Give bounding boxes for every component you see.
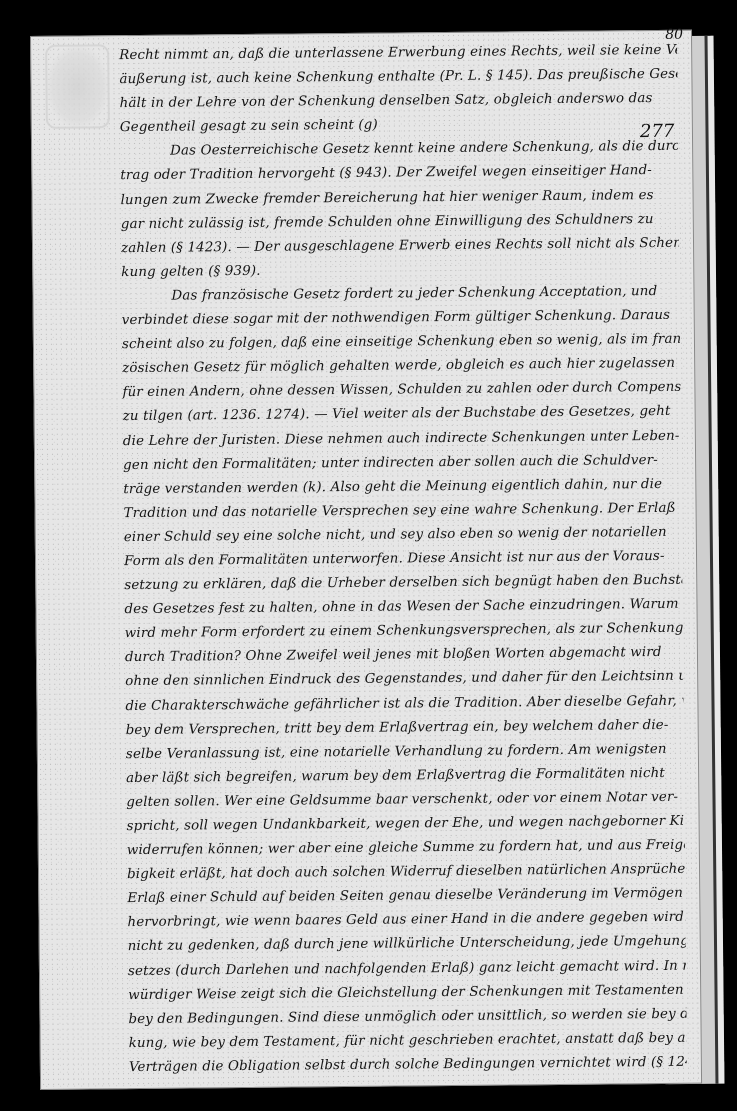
- manuscript-line-text: des Gesetzes fest zu halten, ohne in das…: [124, 597, 678, 617]
- manuscript-line-text: setzes (durch Darlehen und nachfolgenden…: [128, 958, 686, 979]
- manuscript-line-text: die Lehre der Juristen. Diese nehmen auc…: [123, 428, 680, 448]
- manuscript-line-text: setzung zu erklären, daß die Urheber der…: [124, 573, 682, 594]
- manuscript-line-text: gar nicht zulässig ist, fremde Schulden …: [121, 212, 654, 232]
- manuscript-line-text: Tradition und das notarielle Versprechen…: [124, 501, 676, 521]
- manuscript-line-text: zu tilgen (art. 1236. 1274). — Viel weit…: [123, 404, 671, 424]
- manuscript-line-text: bey den Bedingungen. Sind diese unmöglic…: [128, 1006, 686, 1027]
- manuscript-line-text: träge verstanden werden (k). Also geht d…: [123, 477, 662, 497]
- manuscript-line-text: gen nicht den Formalitäten; unter indire…: [123, 453, 658, 473]
- manuscript-line-text: würdiger Weise zeigt sich die Gleichstel…: [128, 982, 684, 1002]
- manuscript-line: Verträgen die Obligation selbst durch so…: [129, 1051, 687, 1080]
- manuscript-line-text: Form als den Formalitäten unterworfen. D…: [124, 549, 665, 569]
- manuscript-line-text: Erlaß einer Schuld auf beiden Seiten gen…: [127, 886, 683, 906]
- manuscript-line-text: wird mehr Form erfordert zu einem Schenk…: [125, 621, 683, 641]
- manuscript-line-text: Verträgen die Obligation selbst durch so…: [129, 1054, 687, 1075]
- manuscript-line-text: Recht nimmt an, daß die unterlassene Erw…: [119, 43, 677, 64]
- manuscript-line-text: gelten sollen. Wer eine Geldsumme baar v…: [126, 790, 678, 810]
- manuscript-page: 80 277 Recht nimmt an, daß die unterlass…: [30, 30, 702, 1090]
- manuscript-line-text: lungen zum Zwecke fremder Bereicherung h…: [121, 188, 654, 208]
- manuscript-line-text: trag oder Tradition hervorgeht (§ 943). …: [120, 164, 652, 184]
- manuscript-line-text: durch Tradition? Ohne Zweifel weil jenes…: [125, 645, 662, 665]
- manuscript-line-text: bey dem Versprechen, tritt bey dem Erlaß…: [126, 718, 669, 738]
- manuscript-line-text: ohne den sinnlichen Eindruck des Gegenst…: [125, 669, 683, 690]
- manuscript-line-text: aber läßt sich begreifen, warum bey dem …: [126, 766, 665, 786]
- manuscript-line-text: Das französische Gesetz fordert zu jeder…: [171, 284, 657, 304]
- manuscript-line-text: hervorbringt, wie wenn baares Geld aus e…: [127, 910, 685, 930]
- manuscript-line-text: selbe Veranlassung ist, eine notarielle …: [126, 742, 667, 762]
- manuscript-line-text: bigkeit erläßt, hat doch auch solchen Wi…: [127, 862, 685, 883]
- manuscript-line-text: scheint also zu folgen, daß eine einseit…: [122, 332, 680, 352]
- manuscript-line-text: zösischen Gesetz für möglich gehalten we…: [122, 356, 680, 377]
- manuscript-line-text: widerrufen können; wer aber eine gleiche…: [127, 838, 685, 858]
- manuscript-line-text: nicht zu gedenken, daß durch jene willkü…: [128, 934, 686, 955]
- manuscript-line-text: kung, wie bey dem Testament, für nicht g…: [129, 1030, 687, 1051]
- manuscript-line-text: für einen Andern, ohne dessen Wissen, Sc…: [122, 380, 680, 401]
- manuscript-line-text: die Charakterschwäche gefährlicher ist a…: [125, 693, 683, 714]
- manuscript-line-text: zahlen (§ 1423). — Der ausgeschlagene Er…: [121, 235, 679, 255]
- manuscript-line-text: Gegentheil gesagt zu sein scheint (g): [120, 118, 378, 135]
- manuscript-line-text: einer Schuld sey eine solche nicht, und …: [124, 525, 667, 545]
- library-stamp-icon: [45, 44, 110, 129]
- manuscript-line-text: verbindet diese sogar mit der nothwendig…: [122, 308, 671, 328]
- handwritten-text-block: Recht nimmt an, daß die unterlassene Erw…: [119, 39, 687, 1080]
- manuscript-line-text: hält in der Lehre von der Schenkung dens…: [120, 91, 653, 111]
- manuscript-line-text: kung gelten (§ 939).: [121, 264, 261, 280]
- manuscript-line-text: äußerung ist, auch keine Schenkung entha…: [119, 66, 677, 87]
- manuscript-line-text: Das Oesterreichische Gesetz kennt keine …: [170, 139, 678, 159]
- manuscript-line-text: spricht, soll wegen Undankbarkeit, wegen…: [127, 813, 685, 834]
